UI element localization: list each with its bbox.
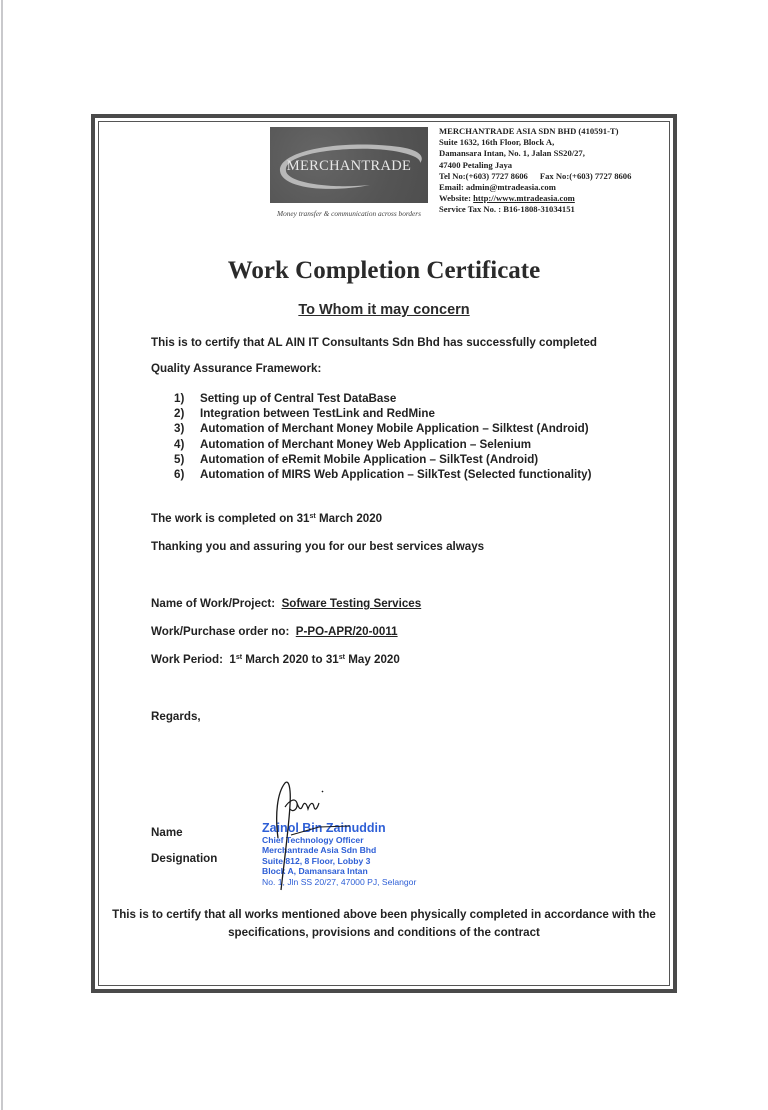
designation-label: Designation <box>151 852 217 865</box>
list-item: 5)Automation of eRemit Mobile Applicatio… <box>174 453 591 468</box>
list-item: 3)Automation of Merchant Money Mobile Ap… <box>174 422 591 437</box>
logo-text: MERCHANTRADE <box>270 158 428 175</box>
service-tax-number: Service Tax No. : B16-1808-31034151 <box>439 204 631 215</box>
work-period-row: Work Period: 1st March 2020 to 31st May … <box>151 653 400 666</box>
website-label: Website: <box>439 193 471 203</box>
address-line: 47400 Petaling Jaya <box>439 160 631 171</box>
tel-number: Tel No:(+603) 7727 8606 <box>439 171 528 181</box>
completion-date: The work is completed on 31st March 2020 <box>151 512 382 525</box>
footer-line: specifications, provisions and condition… <box>98 924 670 942</box>
project-value: Sofware Testing Services <box>282 597 422 610</box>
period-end-rest: May 2020 <box>345 653 400 666</box>
item-number: 5) <box>174 453 200 466</box>
website-link[interactable]: http://www.mtradeasia.com <box>473 193 575 203</box>
framework-heading: Quality Assurance Framework: <box>151 362 321 375</box>
item-number: 3) <box>174 422 200 435</box>
list-item: 4)Automation of Merchant Money Web Appli… <box>174 438 591 453</box>
purchase-order-row: Work/Purchase order no: P-PO-APR/20-0011 <box>151 625 398 638</box>
item-text: Setting up of Central Test DataBase <box>200 392 396 405</box>
project-name-row: Name of Work/Project: Sofware Testing Se… <box>151 597 421 610</box>
item-number: 1) <box>174 392 200 405</box>
merchantrade-logo: MERCHANTRADE <box>270 127 428 203</box>
intro-text: This is to certify that AL AIN IT Consul… <box>151 336 597 349</box>
footer-line: This is to certify that all works mentio… <box>98 906 670 924</box>
logo-tagline: Money transfer & communication across bo… <box>264 209 434 218</box>
address-line: Suite 1632, 16th Floor, Block A, <box>439 137 631 148</box>
period-end-day: 31 <box>326 653 339 666</box>
company-name: MERCHANTRADE ASIA SDN BHD (410591-T) <box>439 126 631 137</box>
order-value: P-PO-APR/20-0011 <box>296 625 398 638</box>
name-label: Name <box>151 826 183 839</box>
item-number: 2) <box>174 407 200 420</box>
handwritten-signature-icon <box>255 775 375 895</box>
certificate-subtitle: To Whom it may concern <box>0 302 768 318</box>
email-address[interactable]: admin@mtradeasia.com <box>466 182 556 192</box>
item-number: 4) <box>174 438 200 451</box>
item-text: Integration between TestLink and RedMine <box>200 407 435 420</box>
list-item: 6)Automation of MIRS Web Application – S… <box>174 468 591 483</box>
item-text: Automation of Merchant Money Mobile Appl… <box>200 422 589 435</box>
deliverables-list: 1)Setting up of Central Test DataBase 2)… <box>174 392 591 483</box>
certification-footer: This is to certify that all works mentio… <box>98 906 670 942</box>
period-start-rest: March 2020 to <box>242 653 326 666</box>
email-line: Email: admin@mtradeasia.com <box>439 182 631 193</box>
item-text: Automation of MIRS Web Application – Sil… <box>200 468 591 481</box>
certificate-title: Work Completion Certificate <box>0 257 768 285</box>
thanks-text: Thanking you and assuring you for our be… <box>151 540 484 553</box>
period-label: Work Period: <box>151 653 223 666</box>
project-label: Name of Work/Project: <box>151 597 275 610</box>
list-item: 1)Setting up of Central Test DataBase <box>174 392 591 407</box>
regards-text: Regards, <box>151 710 201 723</box>
phone-fax-line: Tel No:(+603) 7727 8606Fax No:(+603) 772… <box>439 171 631 182</box>
completion-prefix: The work is completed on 31 <box>151 512 310 525</box>
company-details: MERCHANTRADE ASIA SDN BHD (410591-T) Sui… <box>439 126 631 216</box>
email-label: Email: <box>439 182 464 192</box>
website-line: Website: http://www.mtradeasia.com <box>439 193 631 204</box>
item-text: Automation of Merchant Money Web Applica… <box>200 438 531 451</box>
order-label: Work/Purchase order no: <box>151 625 289 638</box>
fax-number: Fax No:(+603) 7727 8606 <box>540 171 632 181</box>
address-line: Damansara Intan, No. 1, Jalan SS20/27, <box>439 148 631 159</box>
list-item: 2)Integration between TestLink and RedMi… <box>174 407 591 422</box>
scan-edge-line <box>1 0 3 1110</box>
completion-suffix: March 2020 <box>316 512 382 525</box>
item-number: 6) <box>174 468 200 481</box>
item-text: Automation of eRemit Mobile Application … <box>200 453 538 466</box>
